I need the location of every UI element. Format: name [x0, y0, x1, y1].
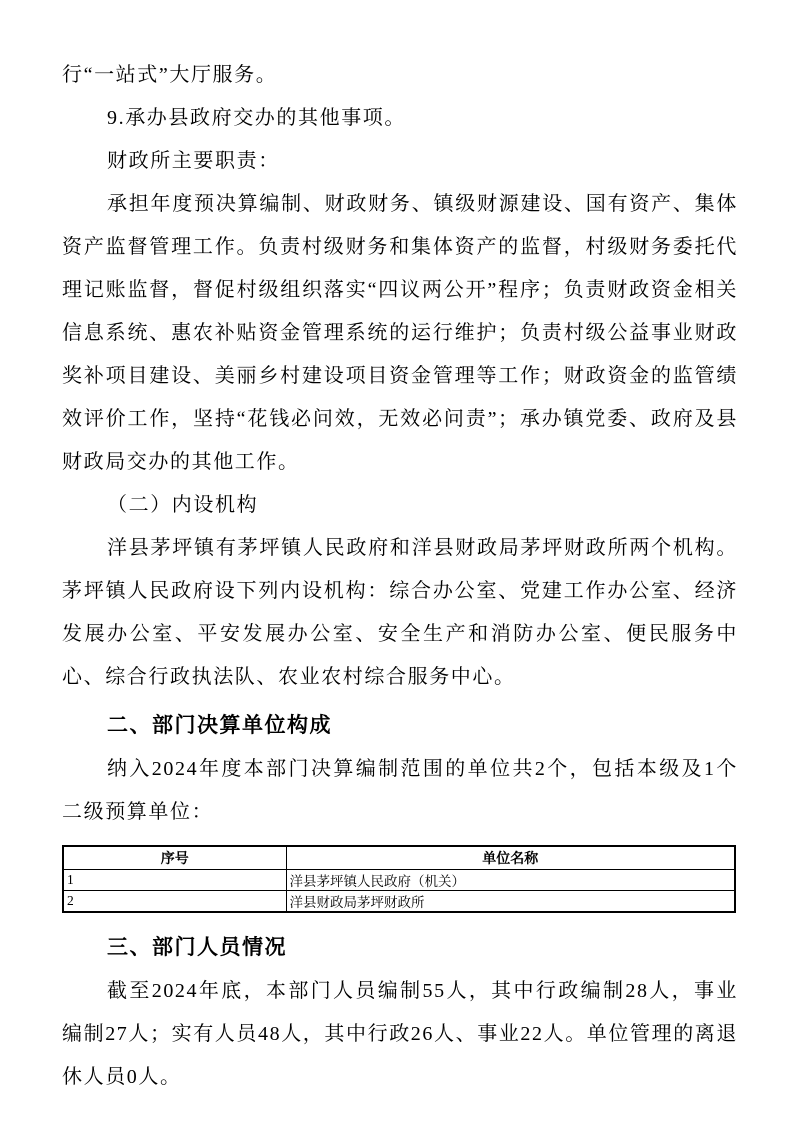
continuation-line: 行“一站式”大厅服务。	[62, 54, 738, 97]
document-page: 行“一站式”大厅服务。 9.承办县政府交办的其他事项。 财政所主要职责： 承担年…	[0, 0, 793, 1122]
list-item-9: 9.承办县政府交办的其他事项。	[62, 97, 738, 140]
finance-office-duties-title: 财政所主要职责：	[62, 140, 738, 183]
unit-no-cell: 1	[63, 870, 286, 891]
table-header-no: 序号	[63, 846, 286, 870]
internal-orgs-paragraph: 洋县茅坪镇有茅坪镇人民政府和洋县财政局茅坪财政所两个机构。茅坪镇人民政府设下列内…	[62, 527, 738, 699]
table-header-unit-name: 单位名称	[286, 846, 735, 870]
heading-personnel: 三、部门人员情况	[62, 926, 738, 969]
units-table: 序号 单位名称 1 洋县茅坪镇人民政府（机关） 2 洋县财政局茅坪财政所	[62, 845, 736, 913]
personnel-paragraph: 截至2024年底，本部门人员编制55人，其中行政编制28人，事业编制27人；实有…	[62, 970, 738, 1099]
heading-unit-composition: 二、部门决算单位构成	[62, 704, 738, 747]
unit-name-cell: 洋县财政局茅坪财政所	[286, 891, 735, 913]
table-row: 2 洋县财政局茅坪财政所	[63, 891, 735, 913]
unit-name-cell: 洋县茅坪镇人民政府（机关）	[286, 870, 735, 891]
table-row: 1 洋县茅坪镇人民政府（机关）	[63, 870, 735, 891]
unit-no-cell: 2	[63, 891, 286, 913]
subsection-internal-orgs-title: （二）内设机构	[62, 484, 738, 527]
units-table-header-row: 序号 单位名称	[63, 846, 735, 870]
unit-scope-paragraph: 纳入2024年度本部门决算编制范围的单位共2个，包括本级及1个二级预算单位：	[62, 748, 738, 834]
finance-office-duties-paragraph: 承担年度预决算编制、财政财务、镇级财源建设、国有资产、集体资产监督管理工作。负责…	[62, 183, 738, 484]
document-body: 行“一站式”大厅服务。 9.承办县政府交办的其他事项。 财政所主要职责： 承担年…	[62, 54, 738, 1099]
